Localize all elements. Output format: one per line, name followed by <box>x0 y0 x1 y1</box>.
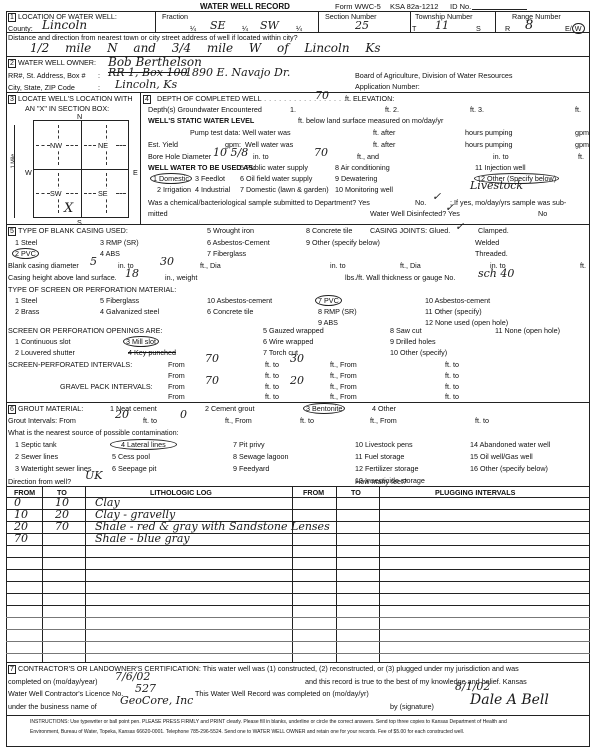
direction-value[interactable]: UK <box>85 469 103 482</box>
distance-value[interactable]: 1/2 mile N and 3/4 mile W of Lincoln Ks <box>30 41 381 55</box>
business-name[interactable]: GeoCore, Inc <box>120 694 193 707</box>
completed-label: completed on (mo/day/year) <box>8 677 98 686</box>
casing-height-label: Casing height above land surface. <box>8 273 117 282</box>
instructions-line2: Environment, Bureau of Water, Topeka, Ka… <box>30 729 464 735</box>
other-use-value[interactable]: Livestock <box>470 179 523 192</box>
plug-header-to: TO <box>351 488 361 497</box>
section-number[interactable]: 25 <box>355 19 369 32</box>
disinfected-yes-mark[interactable]: ✓ <box>445 201 454 214</box>
contam-lateral-lines[interactable]: 4 Lateral lines <box>110 440 177 449</box>
casing-depth[interactable]: 30 <box>160 255 174 268</box>
owner-label: 2WATER WELL OWNER: <box>8 58 96 68</box>
pump-test-label: Pump test data: Well water was <box>190 128 291 137</box>
grout-intervals-label: Grout Intervals: From <box>8 416 76 425</box>
screen-material-title: TYPE OF SCREEN OR PERFORATION MATERIAL: <box>8 285 176 294</box>
address-label: RR#, St. Address, Box # <box>8 71 86 80</box>
opening-mill-slot[interactable]: 3 Mill slot <box>123 337 159 346</box>
section-grid[interactable]: NW NE SW SE X <box>33 120 129 218</box>
grout-to[interactable]: 0 <box>180 408 187 421</box>
certification-text: 7CONTRACTOR'S OR LANDOWNER'S CERTIFICATI… <box>8 664 519 674</box>
gravel-intervals-label: GRAVEL PACK INTERVALS: <box>60 382 153 391</box>
ksa-ref: KSA 82a-1212 <box>390 2 438 11</box>
bore-diameter[interactable]: 10 5/8 <box>213 146 248 159</box>
id-label: ID No. <box>450 2 471 11</box>
id-field[interactable] <box>472 9 527 10</box>
sample-no-mark[interactable]: ✓ <box>432 190 441 203</box>
casing-title: 5TYPE OF BLANK CASING USED: <box>8 226 128 236</box>
screen-intervals-label: SCREEN-PERFORATED INTERVALS: <box>8 360 132 369</box>
plug-header-from: FROM <box>303 488 324 497</box>
fraction-2[interactable]: SW <box>260 19 279 32</box>
section3-title: 3LOCATE WELL'S LOCATION WITH <box>8 94 133 104</box>
casing-pvc[interactable]: 2 PVC <box>12 249 39 258</box>
gravel-to[interactable]: 20 <box>290 374 304 387</box>
signature[interactable]: Dale A Bell <box>470 692 549 708</box>
application-label: Application Number: <box>355 82 420 91</box>
use-domestic[interactable]: 1 Domestic <box>150 174 192 183</box>
grout-from[interactable]: 20 <box>115 408 129 421</box>
well-location-mark: X <box>64 201 73 216</box>
bore-depth[interactable]: 70 <box>314 146 328 159</box>
fraction-1[interactable]: SE <box>210 19 226 32</box>
board-label: Board of Agriculture, Division of Water … <box>355 71 513 80</box>
openings-title: SCREEN OR PERFORATION OPENINGS ARE: <box>8 326 162 335</box>
section3-subtitle: AN "X" IN SECTION BOX: <box>25 104 109 113</box>
form-title: WATER WELL RECORD <box>200 2 290 11</box>
address-value[interactable]: 1890 E. Navajo Dr. <box>185 66 290 79</box>
range-number[interactable]: 8 <box>525 18 533 33</box>
fraction-label: Fraction <box>162 12 188 21</box>
range-label: Range Number <box>512 12 561 21</box>
screen-from[interactable]: 70 <box>205 352 219 365</box>
instructions-line1: INSTRUCTIONS: Use typewriter or ball poi… <box>30 719 507 725</box>
plug-header-intervals: PLUGGING INTERVALS <box>435 488 515 497</box>
bore-diameter-label: Bore Hole Diameter <box>148 152 211 161</box>
direction-label: Direction from well? <box>8 477 71 486</box>
screen-pvc[interactable]: 7 PVC <box>315 296 342 305</box>
license-label: Water Well Contractor's Licence No. <box>8 689 123 698</box>
wall-gauge[interactable]: sch 40 <box>478 267 514 280</box>
log-header-lithologic: LITHOLOGIC LOG <box>150 488 212 497</box>
contamination-label: What is the nearest source of possible c… <box>8 428 179 437</box>
city-value[interactable]: Lincoln, Ks <box>115 78 177 91</box>
sample-question: Was a chemical/bacteriological sample su… <box>148 198 370 207</box>
depth-value[interactable]: 70 <box>315 89 329 102</box>
screen-to[interactable]: 30 <box>290 352 304 365</box>
city-label: City, State, ZIP Code <box>8 83 75 92</box>
township-number[interactable]: 11 <box>435 19 449 32</box>
casing-diameter[interactable]: 5 <box>90 255 97 268</box>
county-value[interactable]: Lincoln <box>42 18 87 32</box>
static-level-label: WELL'S STATIC WATER LEVEL <box>148 116 254 125</box>
grout-title: 6GROUT MATERIAL: <box>8 404 83 414</box>
gravel-from[interactable]: 70 <box>205 374 219 387</box>
business-label: under the business name of <box>8 702 97 711</box>
yield-label: Est. Yield <box>148 140 178 149</box>
casing-diameter-label: Blank casing diameter <box>8 261 79 270</box>
casing-height[interactable]: 18 <box>125 267 139 280</box>
groundwater-label: Depth(s) Groundwater Encountered <box>148 105 262 114</box>
form-number: Form WWC-5 <box>335 2 381 11</box>
grout-bentonite[interactable]: 3 Bentonite <box>303 404 345 413</box>
